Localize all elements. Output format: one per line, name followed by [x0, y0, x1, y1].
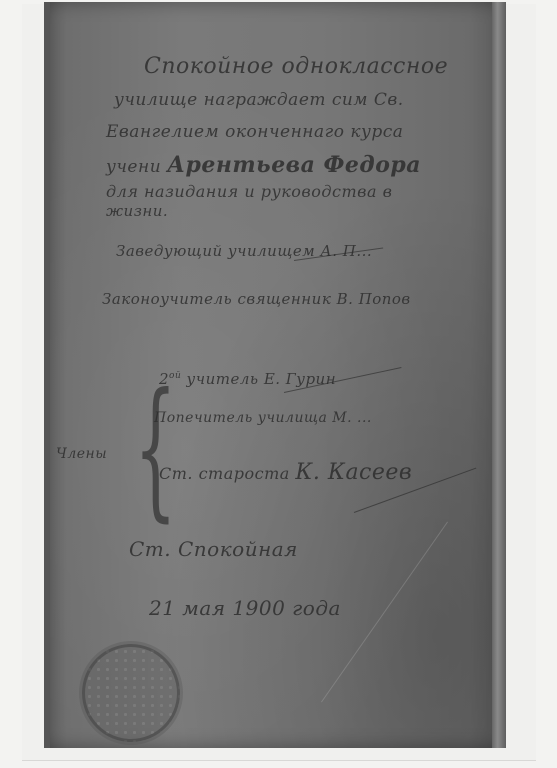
teacher-number: 2	[159, 370, 169, 388]
priest-signature-line: Законоучитель священник В. Попов	[102, 290, 411, 308]
members-label: Члены	[56, 446, 107, 462]
page-edge-left	[44, 2, 50, 748]
page-edge-right	[492, 2, 506, 748]
date-line: 21 мая 1900 года	[149, 596, 341, 620]
place-line: Ст. Спокойная	[129, 537, 298, 561]
school-trustee-line: Попечитель училища М. ...	[154, 410, 372, 426]
purpose-line-end: жизни.	[106, 202, 168, 220]
brace-icon: {	[134, 374, 177, 524]
elder-signature: К. Касеев	[295, 460, 412, 485]
elder-title: Ст. староста	[159, 464, 290, 483]
student-name: Арентьева Федора	[167, 152, 421, 178]
teacher-number-suffix: ой	[169, 371, 181, 381]
school-name-line: Спокойное одноклассное	[144, 54, 448, 79]
seal-stamp-icon	[82, 644, 180, 742]
award-line: училище награждает сим Св.	[114, 90, 404, 110]
gospel-line: Евангелием оконченнаго курса	[106, 122, 403, 142]
student-line: учени Арентьева Федора	[106, 152, 421, 178]
elder-signature-line: Ст. староста К. Касеев	[159, 460, 412, 485]
student-prefix: учени	[106, 157, 161, 177]
purpose-line: для назидания и руководства в	[106, 182, 392, 201]
document-page: Спокойное одноклассное училище награждае…	[44, 2, 506, 748]
teacher-signature-line: 2ой учитель Е. Гурин	[159, 370, 336, 388]
head-signature-line: Заведующий училищем А. П...	[116, 242, 372, 260]
